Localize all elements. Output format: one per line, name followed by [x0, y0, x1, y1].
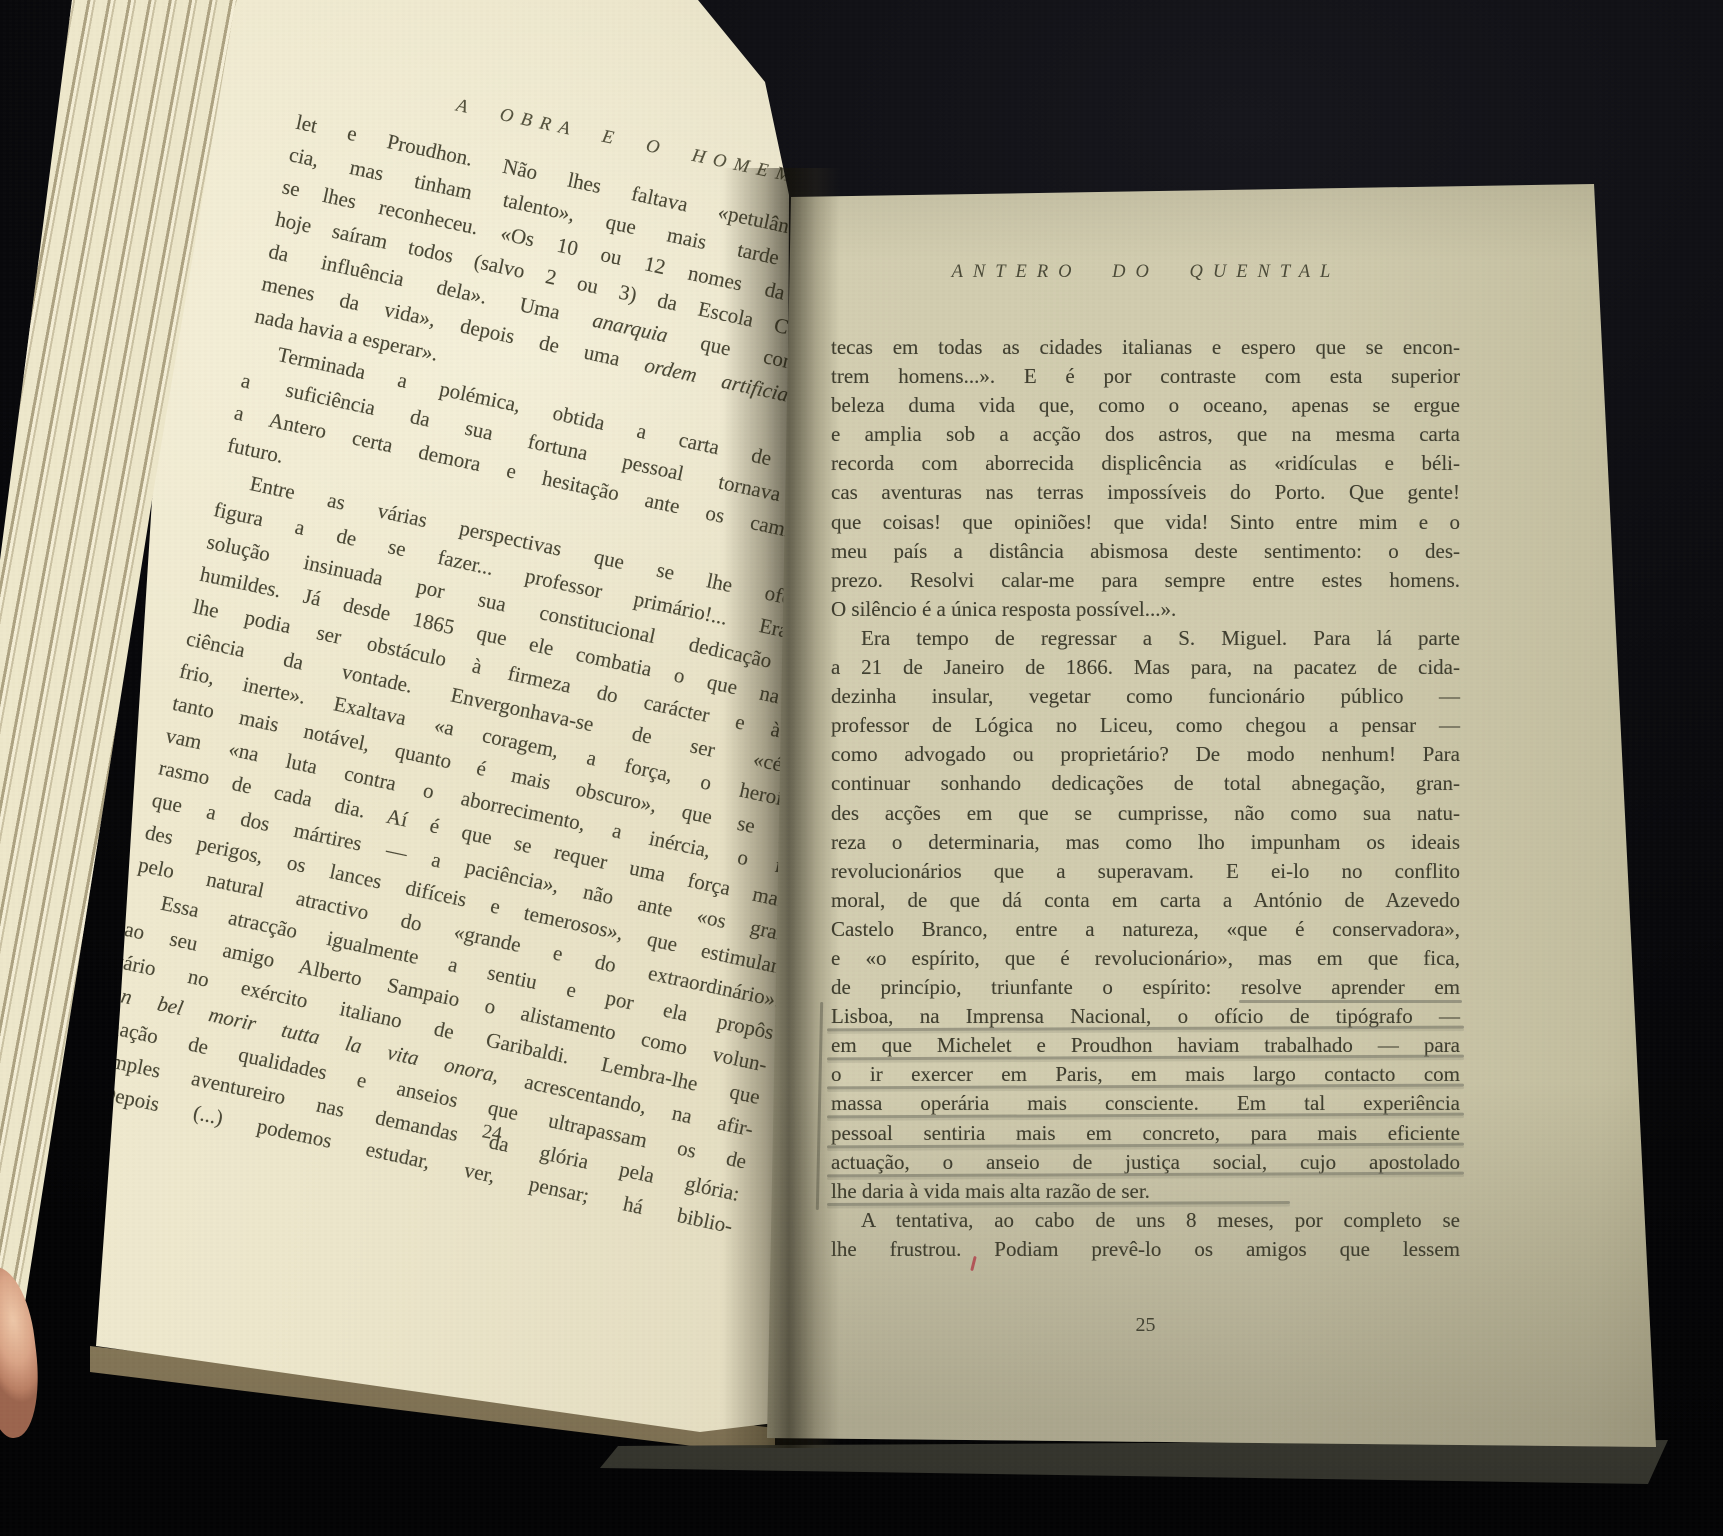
- text-line: de princípio, triunfante o espírito: res…: [831, 973, 1460, 1002]
- text-line: tecas em todas as cidades italianas e es…: [831, 333, 1460, 362]
- text-line: Era tempo de regressar a S. Miguel. Para…: [831, 624, 1460, 653]
- text-line: des acções em que se cumprisse, não como…: [831, 799, 1460, 828]
- text-line: recorda com aborrecida displicência as «…: [831, 449, 1460, 478]
- text-line: o ir exercer em Paris, em mais largo con…: [831, 1060, 1460, 1089]
- book-gutter-shadow: [722, 168, 840, 1448]
- text-line: prezo. Resolvi calar-me para sempre entr…: [831, 566, 1460, 595]
- text-line: moral, de que dá conta em carta a Antóni…: [831, 886, 1460, 915]
- text-line: revolucionários que a superavam. E ei-lo…: [831, 857, 1460, 886]
- text-line: como advogado ou proprietário? De modo n…: [831, 740, 1460, 769]
- right-page-lines: tecas em todas as cidades italianas e es…: [831, 333, 1460, 1264]
- text-line: pessoal sentiria mais em concreto, para …: [831, 1119, 1460, 1148]
- text-line: Castelo Branco, entre a natureza, «que é…: [831, 915, 1460, 944]
- book-photo: A OBRA E O HOMEM let e Proudhon. Não lhe…: [0, 0, 1723, 1536]
- text-line: beleza duma vida que, como o oceano, ape…: [831, 391, 1460, 420]
- text-line: a 21 de Janeiro de 1866. Mas para, na pa…: [831, 653, 1460, 682]
- text-line: actuação, o anseio de justiça social, cu…: [831, 1148, 1460, 1177]
- text-line: meu país a distância abismosa deste sent…: [831, 537, 1460, 566]
- text-line: O silêncio é a única resposta possível..…: [831, 595, 1460, 624]
- text-line: e «o espírito, que é revolucionário», ma…: [831, 944, 1460, 973]
- text-line: continuar sonhando dedicações de total a…: [831, 769, 1460, 798]
- text-line: que coisas! que opiniões! que vida! Sint…: [831, 508, 1460, 537]
- text-line: e amplia sob a acção dos astros, que na …: [831, 420, 1460, 449]
- page-number-right: 25: [831, 1314, 1460, 1337]
- text-line: trem homens...». E é por contraste com e…: [831, 362, 1460, 391]
- text-line: massa operária mais consciente. Em tal e…: [831, 1089, 1460, 1118]
- text-line: em que Michelet e Proudhon haviam trabal…: [831, 1031, 1460, 1060]
- pencil-underlined-text: resolve aprender em: [1241, 975, 1460, 999]
- text-line: Lisboa, na Imprensa Nacional, o ofício d…: [831, 1002, 1460, 1031]
- text-line: lhe frustrou. Podiam prevê-lo os amigos …: [831, 1235, 1460, 1264]
- text-line: dezinha insular, vegetar como funcionári…: [831, 682, 1460, 711]
- text-line: professor de Lógica no Liceu, como chego…: [831, 711, 1460, 740]
- text-line: lhe daria à vida mais alta razão de ser.: [831, 1177, 1460, 1206]
- text-line: cas aventuras nas terras impossíveis do …: [831, 478, 1460, 507]
- text-line: A tentativa, ao cabo de uns 8 meses, por…: [831, 1206, 1460, 1235]
- text-line: reza o determinaria, mas como lho impunh…: [831, 828, 1460, 857]
- running-head-right: ANTERO DO QUENTAL: [838, 262, 1454, 283]
